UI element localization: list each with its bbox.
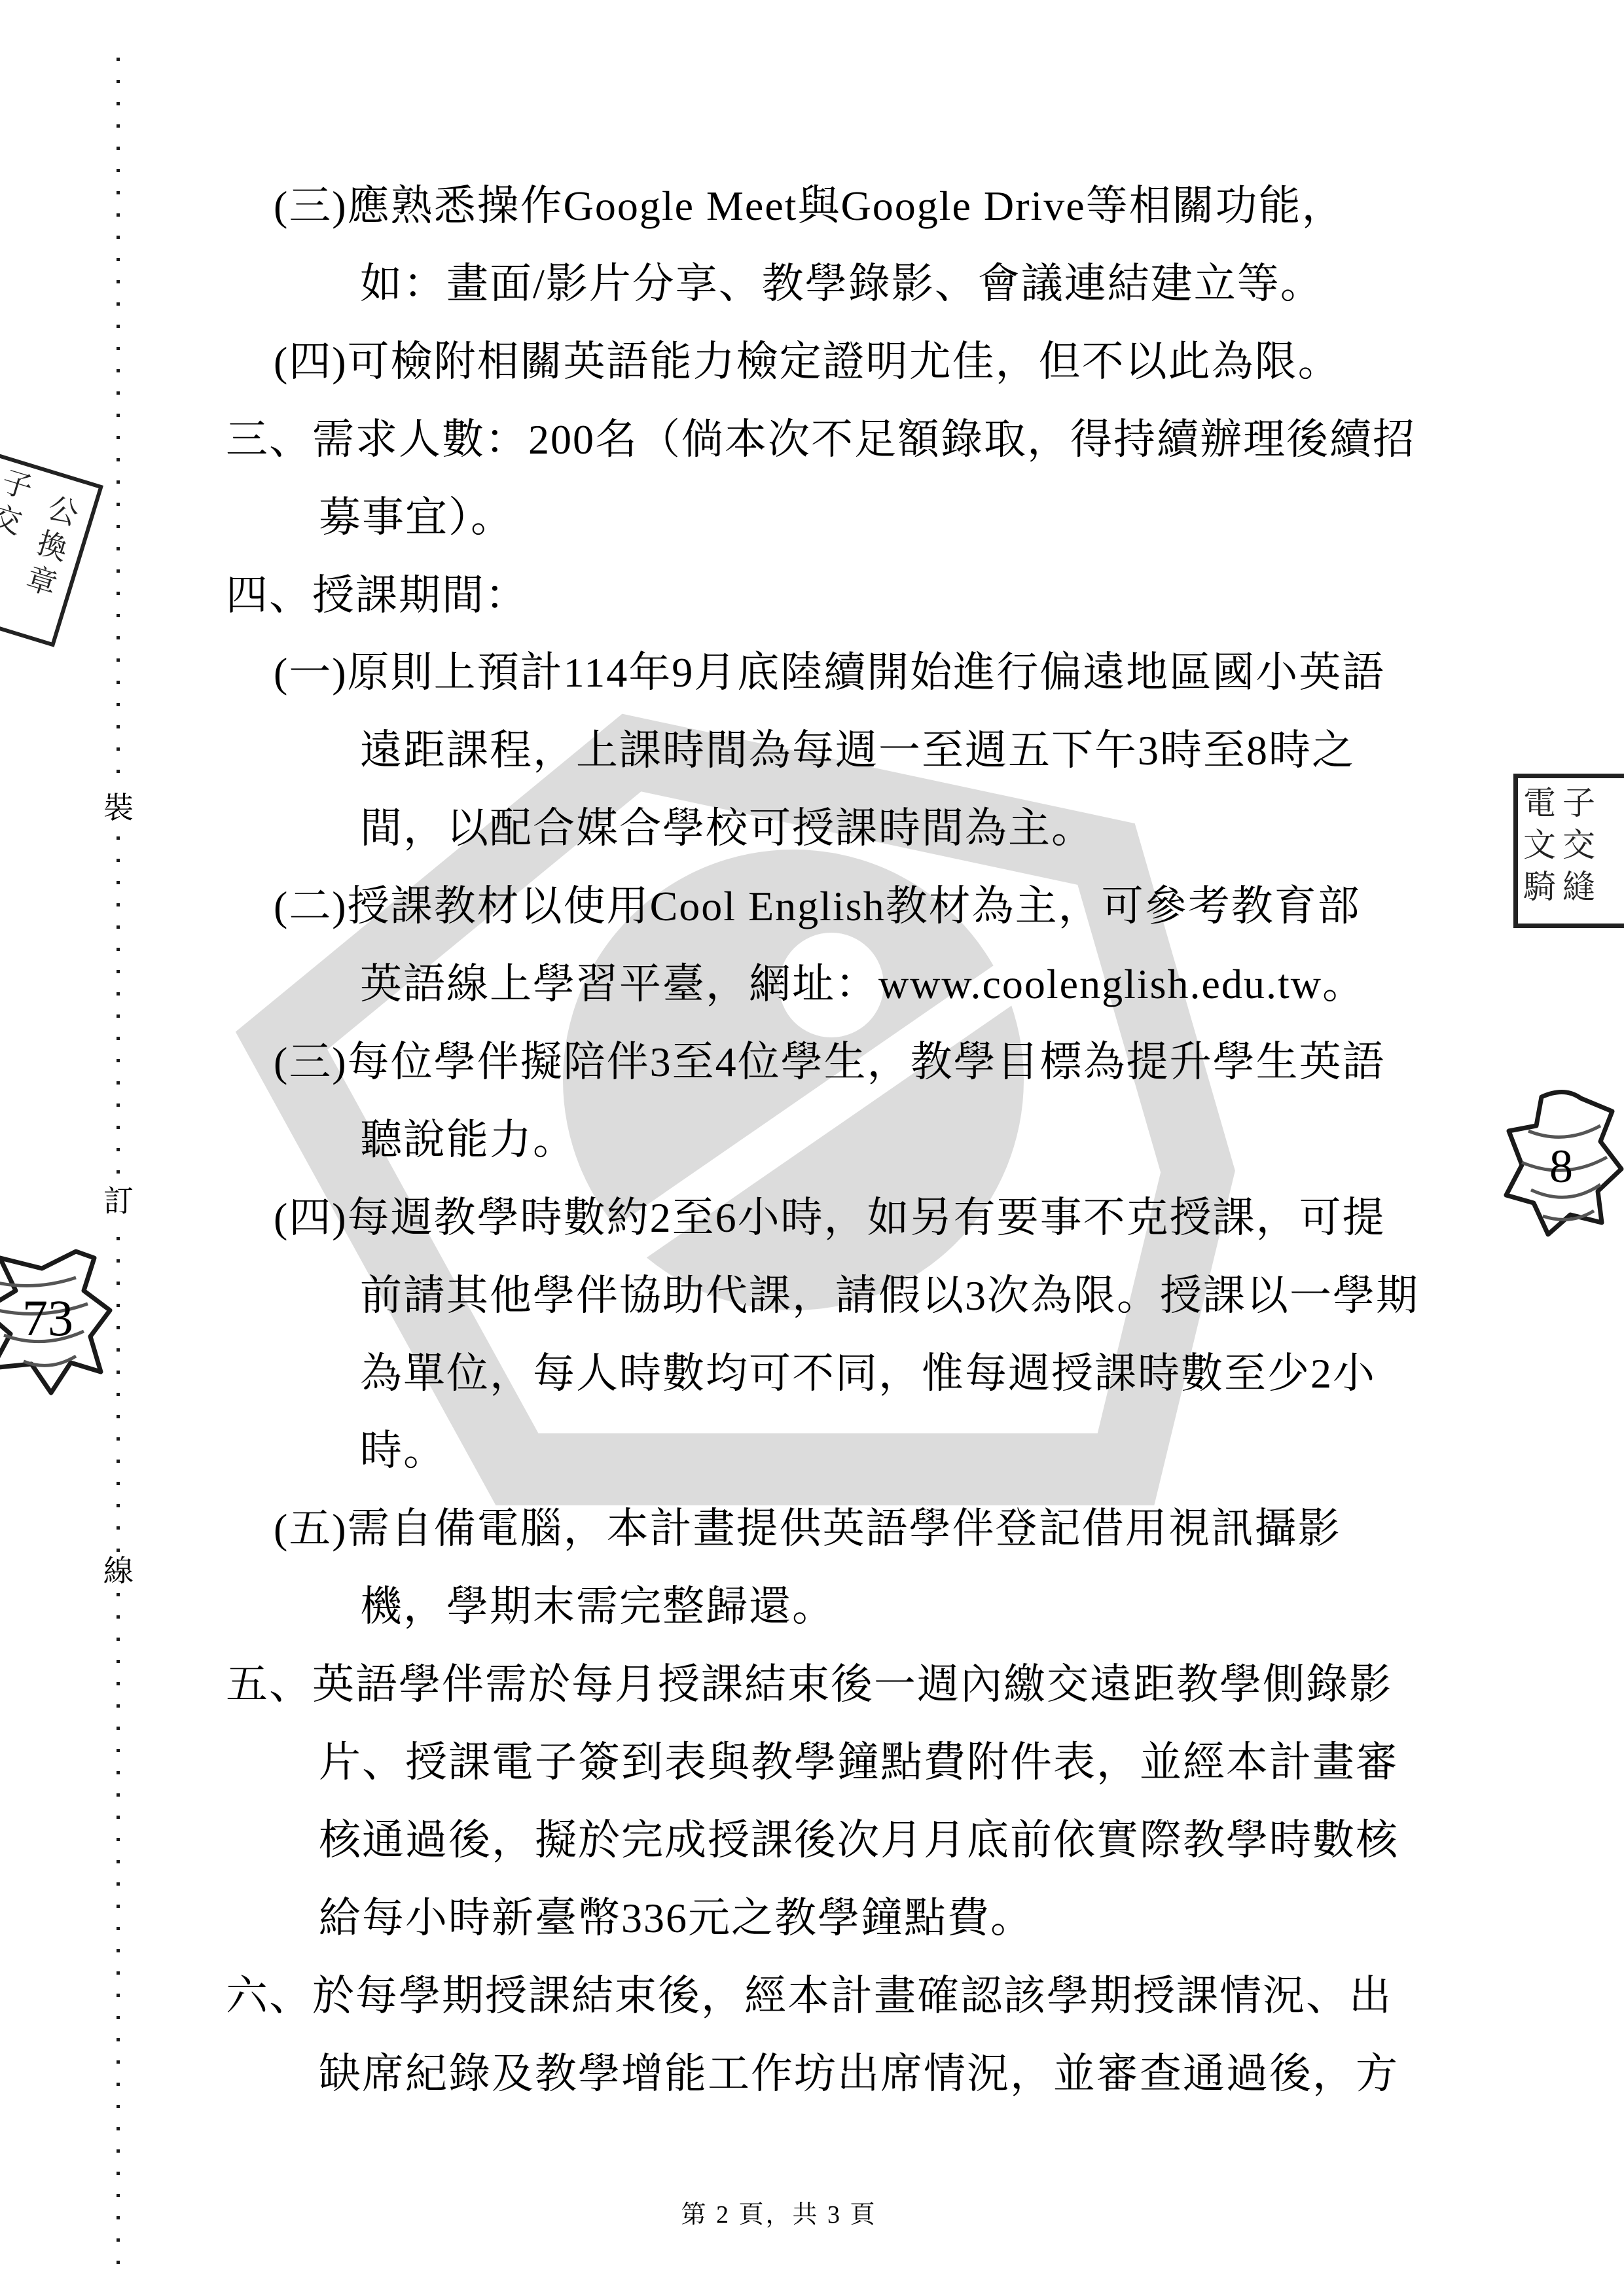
stamp-character: 交 (1562, 824, 1595, 866)
body-line: (四)可檢附相關英語能力檢定證明尤佳，但不以此為限。 (274, 339, 1341, 385)
stamp-column: 電文騎 (1523, 782, 1556, 920)
stamp-column: 子交縫 (1562, 782, 1595, 920)
stamp-character: 縫 (1562, 866, 1595, 908)
crumple-mark-left: 73 (0, 1244, 115, 1401)
body-line: 遠距課程，上課時間為每週一至週五下午3時至8時之 (360, 728, 1355, 774)
body-line: (四)每週教學時數約2至6小時，如另有要事不克授課，可提 (274, 1195, 1386, 1241)
body-line: 募事宜）。 (319, 495, 514, 541)
body-line: 間，以配合媒合學校可授課時間為主。 (360, 806, 1094, 852)
body-line: 給每小時新臺幣336元之教學鐘點費。 (319, 1895, 1034, 1941)
body-line: 時。 (360, 1428, 446, 1474)
body-line: 四、授課期間： (226, 573, 528, 619)
body-line: (一)原則上預計114年9月底陸續開始進行偏遠地區國小英語 (274, 650, 1385, 696)
page-seq-left: 73 (22, 1289, 73, 1346)
body-line: 如：畫面/影片分享、教學錄影、會議連結建立等。 (360, 261, 1324, 307)
body-line: (三)應熟悉操作Google Meet與Google Drive等相關功能， (274, 183, 1345, 229)
stamp-character: 騎 (1523, 866, 1556, 908)
body-line: 三、需求人數：200名（倘本次不足額錄取，得持續辦理後續招 (226, 417, 1416, 463)
body-line: (五)需自備電腦，本計畫提供英語學伴登記借用視訊攝影 (274, 1506, 1341, 1552)
body-line: 為單位，每人時數均可不同，惟每週授課時數至少2小 (360, 1351, 1376, 1397)
document-page: 裝訂線 (三)應熟悉操作Google Meet與Google Drive等相關功… (0, 0, 1624, 2296)
crumple-mark-right: 8 (1502, 1085, 1624, 1239)
body-line: 聽說能力。 (360, 1117, 576, 1163)
stamp-character: 章 (22, 560, 61, 603)
body-line: (二)授課教材以使用Cool English教材為主，可參考教育部 (274, 884, 1361, 929)
stamp-character: 子 (1562, 782, 1595, 824)
body-line: 五、英語學伴需於每月授課結束後一週內繳交遠距教學側錄影 (226, 1662, 1392, 1708)
body-line: 機，學期末需完整歸還。 (360, 1584, 835, 1630)
body-line: 片、授課電子簽到表與教學鐘點費附件表，並經本計畫審 (319, 1740, 1399, 1785)
seam-stamp: 電文騎子交縫 (1513, 774, 1624, 928)
body-line: 英語線上學習平臺，網址：www.coolenglish.edu.tw。 (360, 961, 1365, 1007)
page-seq-right: 8 (1549, 1140, 1573, 1193)
body-line: 六、於每學期授課結束後，經本計畫確認該學期授課情況、出 (226, 1973, 1392, 2019)
body-line: (三)每位學伴擬陪伴3至4位學生，教學目標為提升學生英語 (274, 1039, 1386, 1085)
stamp-character: 電 (1523, 782, 1556, 824)
stamp-character: 文 (1523, 824, 1556, 866)
body-line: 前請其他學伴協助代課，請假以3次為限。授課以一學期 (360, 1273, 1419, 1319)
page-number: 第 2 頁，共 3 頁 (583, 2194, 975, 2230)
body-line: 缺席紀錄及教學增能工作坊出席情況，並審查通過後，方 (319, 2051, 1399, 2097)
body-text: (三)應熟悉操作Google Meet與Google Drive等相關功能，如：… (0, 0, 1624, 2296)
body-line: 核通過後，擬於完成授課後次月月底前依實際教學時數核 (319, 1818, 1399, 1863)
